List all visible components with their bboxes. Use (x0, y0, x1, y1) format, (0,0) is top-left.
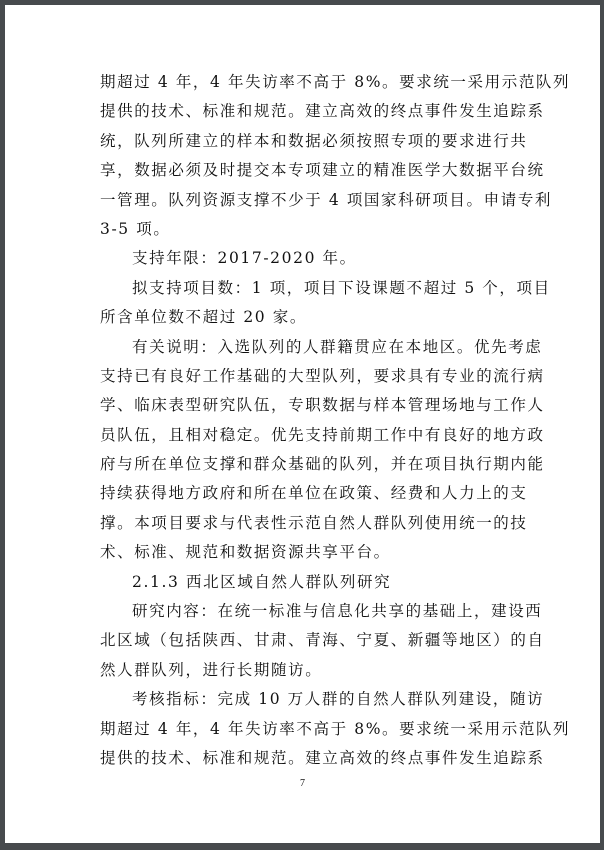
section-heading: 2.1.3 西北区域自然人群队列研究 (100, 568, 520, 597)
text-line: 术、标准、规范和数据资源共享平台。 (100, 538, 520, 567)
text-line: 拟支持项目数：1 项，项目下设课题不超过 5 个，项目 (100, 274, 520, 303)
text-line: 持续获得地方政府和所在单位在政策、经费和人力上的支 (100, 479, 520, 508)
text-line: 撑。本项目要求与代表性示范自然人群队列使用统一的技 (100, 509, 520, 538)
body-text: 期超过 4 年，4 年失访率不高于 8%。要求统一采用示范队列提供的技术、标准和… (100, 68, 520, 773)
text-line: 支持已有良好工作基础的大型队列，要求具有专业的流行病 (100, 362, 520, 391)
text-line: 员队伍，且相对稳定。优先支持前期工作中有良好的地方政 (100, 421, 520, 450)
text-line: 一管理。队列资源支撑不少于 4 项国家科研项目。申请专利 (100, 186, 520, 215)
text-line: 期超过 4 年，4 年失访率不高于 8%。要求统一采用示范队列 (100, 68, 520, 97)
text-line: 考核指标：完成 10 万人群的自然人群队列建设，随访 (100, 685, 520, 714)
text-line: 北区域（包括陕西、甘肃、青海、宁夏、新疆等地区）的自 (100, 626, 520, 655)
text-line: 然人群队列，进行长期随访。 (100, 656, 520, 685)
text-line: 有关说明：入选队列的人群籍贯应在本地区。优先考虑 (100, 333, 520, 362)
document-page: 期超过 4 年，4 年失访率不高于 8%。要求统一采用示范队列提供的技术、标准和… (5, 5, 600, 843)
text-line: 支持年限：2017-2020 年。 (100, 244, 520, 273)
text-line: 期超过 4 年，4 年失访率不高于 8%。要求统一采用示范队列 (100, 715, 520, 744)
text-line: 所含单位数不超过 20 家。 (100, 303, 520, 332)
text-line: 提供的技术、标准和规范。建立高效的终点事件发生追踪系 (100, 744, 520, 773)
text-line: 研究内容：在统一标准与信息化共享的基础上，建设西 (100, 597, 520, 626)
text-line: 府与所在单位支撑和群众基础的队列，并在项目执行期内能 (100, 450, 520, 479)
text-line: 学、临床表型研究队伍，专职数据与样本管理场地与工作人 (100, 391, 520, 420)
text-line: 提供的技术、标准和规范。建立高效的终点事件发生追踪系 (100, 97, 520, 126)
text-line: 统，队列所建立的样本和数据必须按照专项的要求进行共 (100, 127, 520, 156)
text-line: 享，数据必须及时提交本专项建立的精准医学大数据平台统 (100, 156, 520, 185)
text-line: 3-5 项。 (100, 215, 520, 244)
page-number: 7 (5, 778, 600, 789)
